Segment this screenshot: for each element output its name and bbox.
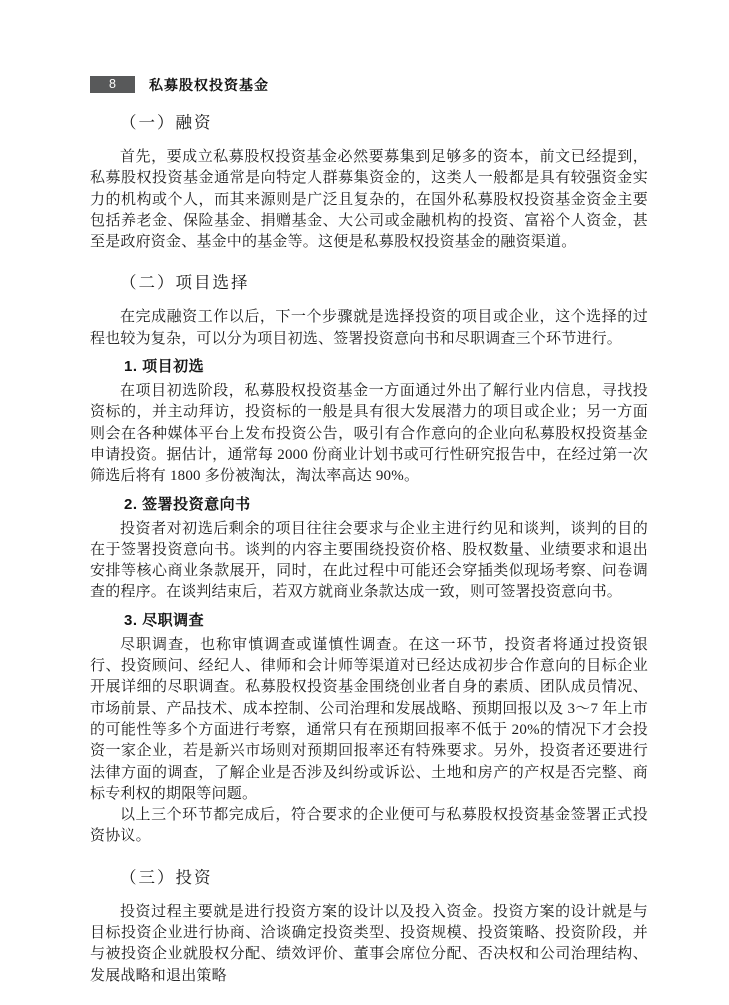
page-number: 8 <box>109 77 116 91</box>
paragraph-investment: 投资过程主要就是进行投资方案的设计以及投入资金。投资方案的设计就是与目标投资企业… <box>90 902 648 987</box>
book-page: 8 私募股权投资基金 （一）融资 首先，要成立私募股权投资基金必然要募集到足够多… <box>0 0 729 1005</box>
running-head: 8 私募股权投资基金 <box>90 76 648 93</box>
subheading-letter-of-intent: 2. 签署投资意向书 <box>90 496 648 514</box>
section-heading-investment: （三）投资 <box>90 868 648 888</box>
paragraph-financing: 首先，要成立私募股权投资基金必然要募集到足够多的资本，前文已经提到，私募股权投资… <box>90 147 648 253</box>
paragraph-letter-of-intent: 投资者对初选后剩余的项目往往会要求与企业主进行约见和谈判，谈判的目的在于签署投资… <box>90 519 648 604</box>
page-content: 8 私募股权投资基金 （一）融资 首先，要成立私募股权投资基金必然要募集到足够多… <box>90 76 648 987</box>
subheading-due-diligence: 3. 尽职调查 <box>90 612 648 630</box>
paragraph-due-diligence: 尽职调查，也称审慎调查或谨慎性调查。在这一环节，投资者将通过投资银行、投资顾问、… <box>90 635 648 805</box>
subheading-project-screening: 1. 项目初选 <box>90 358 648 376</box>
paragraph-due-diligence-conclusion: 以上三个环节都完成后，符合要求的企业便可与私募股权投资基金签署正式投资协议。 <box>90 805 648 848</box>
book-title: 私募股权投资基金 <box>149 75 269 95</box>
paragraph-project-screening: 在项目初选阶段，私募股权投资基金一方面通过外出了解行业内信息，寻找投资标的，并主… <box>90 381 648 487</box>
paragraph-project-selection-intro: 在完成融资工作以后，下一个步骤就是选择投资的项目或企业，这个选择的过程也较为复杂… <box>90 307 648 350</box>
page-number-badge: 8 <box>90 76 135 93</box>
section-heading-financing: （一）融资 <box>90 113 648 133</box>
section-heading-project-selection: （二）项目选择 <box>90 273 648 293</box>
